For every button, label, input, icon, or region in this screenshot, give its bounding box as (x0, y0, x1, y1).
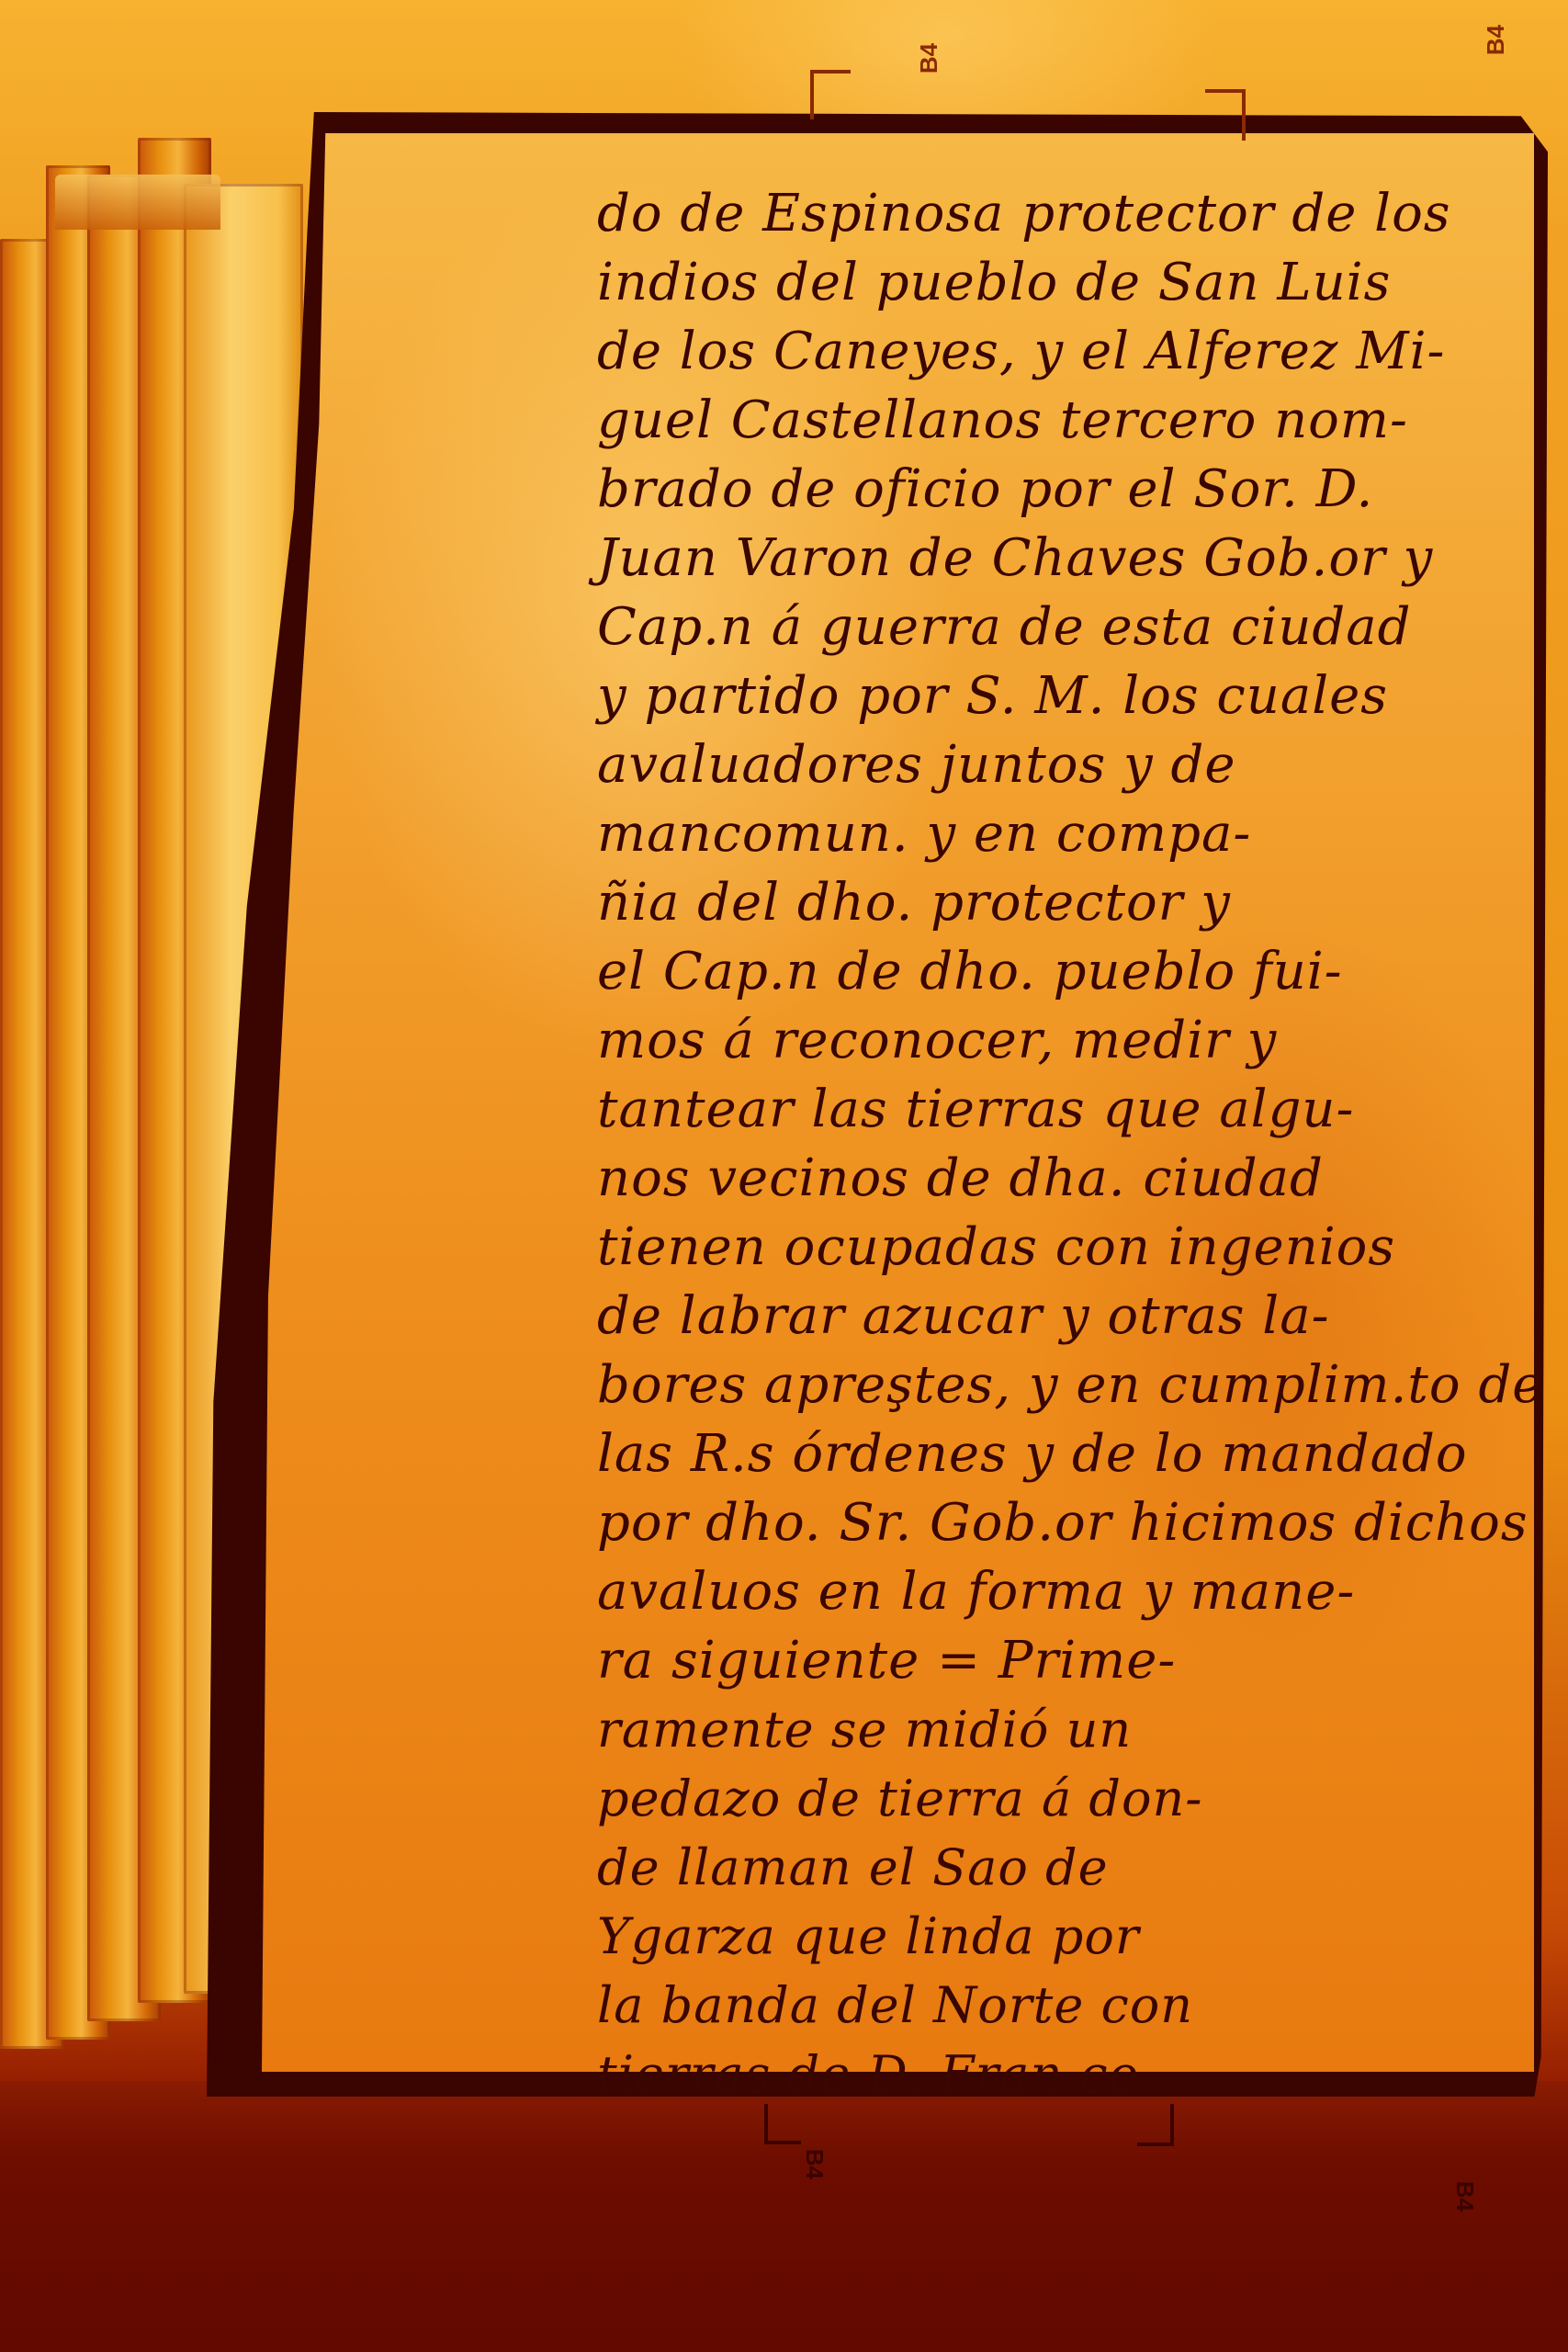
text-line: las R.s órdenes y de lo mandado (597, 1419, 1516, 1488)
text-line: por dho. Sr. Gob.or hicimos dichos (597, 1488, 1516, 1557)
text-line: mos á reconocer, medir y (597, 1006, 1516, 1075)
crop-mark-bottom-left (764, 2104, 801, 2144)
text-line: avaluadores juntos y de (597, 730, 1516, 799)
text-line: indios del pueblo de San Luis (597, 248, 1516, 317)
text-line: de labrar azucar y otras la- (597, 1282, 1516, 1351)
text-line: tantear las tierras que algu- (597, 1075, 1516, 1144)
text-line: el Cap.n de dho. pueblo fui- (597, 937, 1516, 1006)
crop-mark-top-left (810, 70, 851, 119)
marker-label-bottom-right: B4 (1450, 2182, 1480, 2211)
text-line: Cap.n á guerra de esta ciudad (597, 593, 1516, 661)
text-line: pedazo de tierra á don- (597, 1764, 1516, 1833)
text-line: de llaman el Sao de (597, 1833, 1516, 1902)
text-line: y partido por S. M. los cuales (597, 661, 1516, 730)
text-line: ñia del dho. protector y (597, 868, 1516, 937)
text-line: Ygarza que linda por (597, 1902, 1516, 1971)
text-line: tierras de D. Fran.co (597, 2040, 1516, 2109)
text-line: mancomun. y en compa- (597, 799, 1516, 868)
text-line: ramente se midió un (597, 1695, 1516, 1764)
text-line: Juan Varon de Chaves Gob.or y (597, 524, 1516, 593)
marker-label-top-left: B4 (914, 44, 944, 73)
marker-label-top-right: B4 (1481, 26, 1511, 54)
text-line: nos vecinos de dha. ciudad (597, 1144, 1516, 1213)
text-line: do de Espinosa protector de los (597, 179, 1516, 248)
manuscript-text: do de Espinosa protector de los indios d… (597, 179, 1516, 2109)
text-line: avaluos en la forma y mane- (597, 1557, 1516, 1626)
text-line: tienen ocupadas con ingenios (597, 1213, 1516, 1282)
crop-mark-bottom-right (1137, 2104, 1174, 2146)
text-line: la banda del Norte con (597, 1971, 1516, 2040)
text-line: de los Caneyes, y el Alferez Mi- (597, 317, 1516, 386)
binding-corner (55, 175, 220, 230)
text-line: brado de oficio por el Sor. D. (597, 455, 1516, 524)
marker-label-bottom-left: B4 (799, 2150, 829, 2178)
crop-mark-top-right (1205, 89, 1246, 141)
text-line: ra siguiente = Prime- (597, 1626, 1516, 1695)
text-line: guel Castellanos tercero nom- (597, 386, 1516, 455)
text-line: bores apreştes, y en cumplim.to de (597, 1351, 1516, 1419)
